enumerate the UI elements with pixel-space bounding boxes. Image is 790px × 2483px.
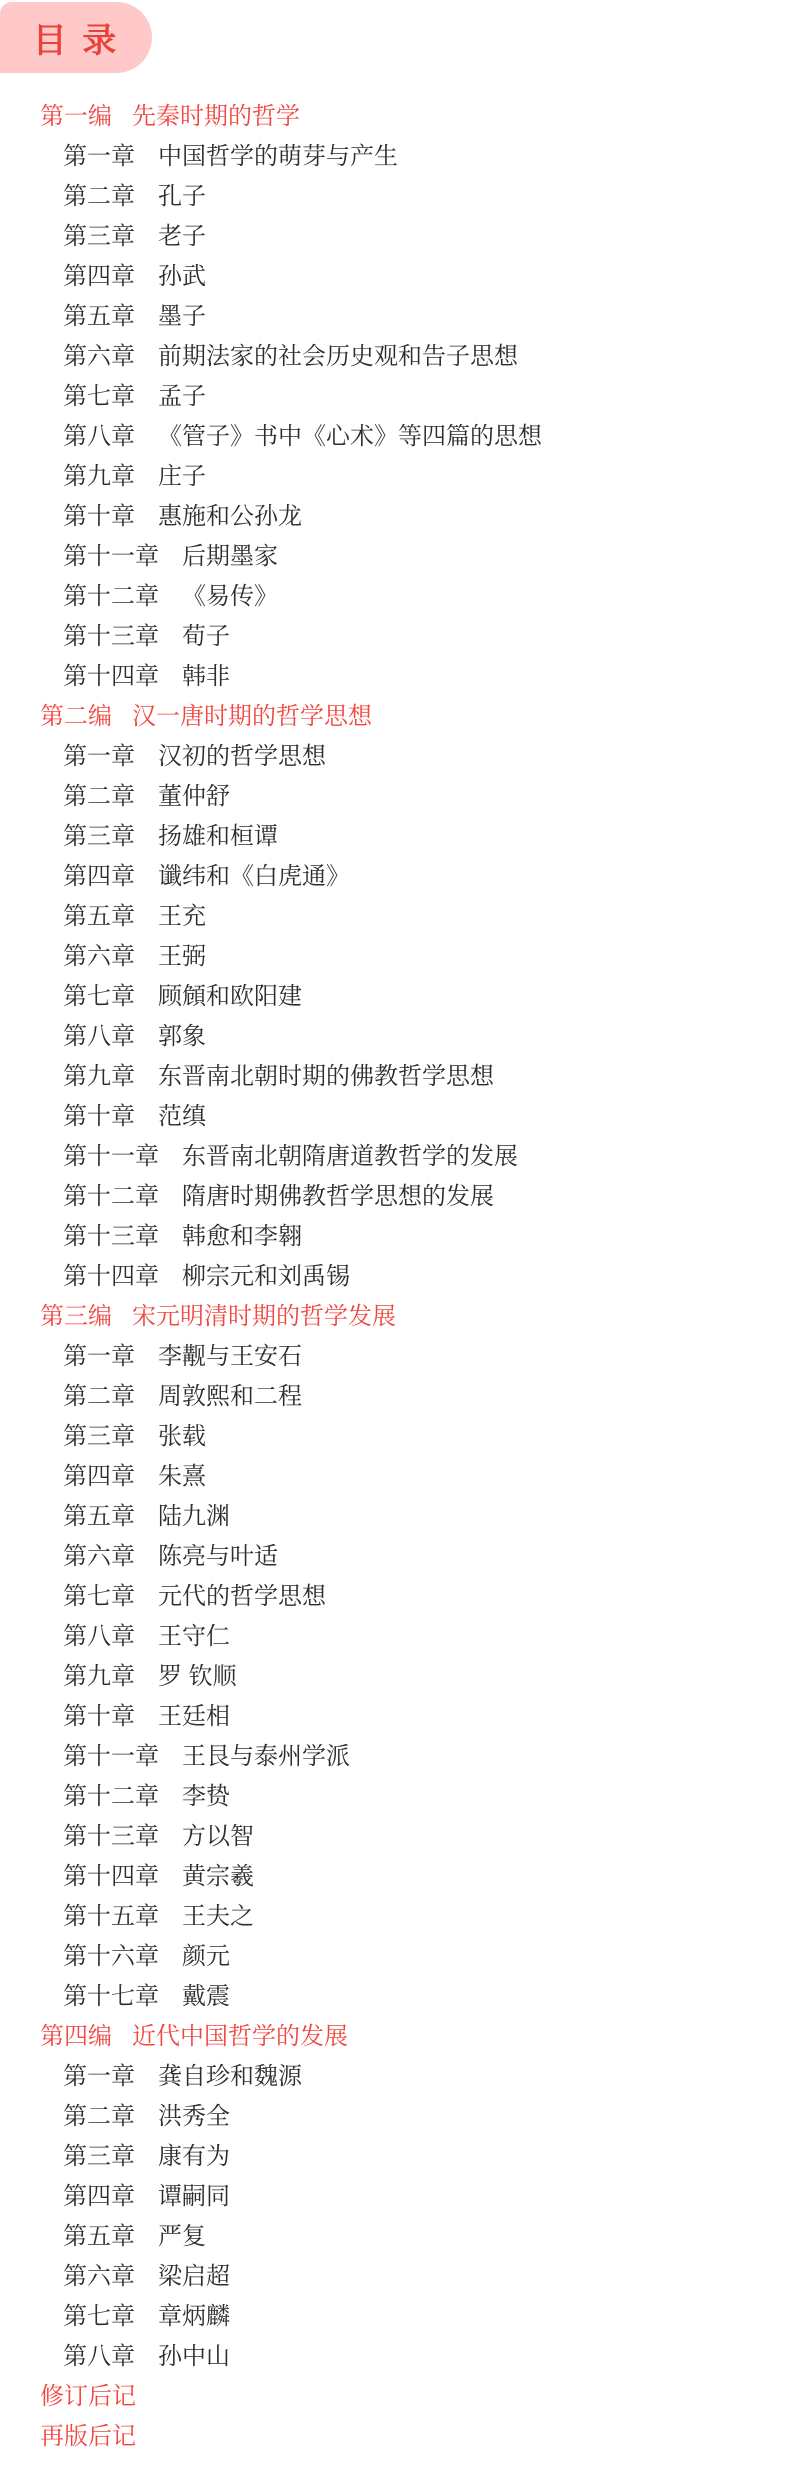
chapter-label: 第一章 [63,737,135,777]
chapter-label: 第三章 [63,817,135,857]
chapter-label: 第六章 [63,1537,135,1577]
chapter-label: 第十三章 [63,617,159,657]
chapter-label: 第六章 [63,337,135,377]
toc-chapter-entry[interactable]: 第十七章戴震 [0,1977,790,2017]
chapter-title: 章炳麟 [158,2297,230,2337]
toc-chapter-entry[interactable]: 第八章郭象 [0,1017,790,1057]
chapter-label: 第三章 [63,2137,135,2177]
toc-chapter-entry[interactable]: 第十三章荀子 [0,617,790,657]
section-title: 近代中国哲学的发展 [132,2017,348,2057]
toc-chapter-entry[interactable]: 第三章老子 [0,217,790,257]
chapter-title: 李觏与王安石 [158,1337,302,1377]
chapter-title: 孙武 [158,257,206,297]
chapter-label: 第十二章 [63,1777,159,1817]
chapter-title: 柳宗元和刘禹锡 [182,1257,350,1297]
chapter-title: 朱熹 [158,1457,206,1497]
chapter-title: 李贽 [182,1777,230,1817]
chapter-label: 第一章 [63,2057,135,2097]
chapter-title: 郭象 [158,1017,206,1057]
chapter-label: 第八章 [63,2337,135,2377]
chapter-title: 墨子 [158,297,206,337]
chapter-label: 第十三章 [63,1217,159,1257]
chapter-label: 第十四章 [63,1857,159,1897]
chapter-label: 第十二章 [63,577,159,617]
toc-chapter-entry[interactable]: 第六章梁启超 [0,2257,790,2297]
chapter-title: 谶纬和《白虎通》 [158,857,350,897]
chapter-title: 《易传》 [182,577,278,617]
chapter-title: 颜元 [182,1937,230,1977]
toc-chapter-entry[interactable]: 第十章范缜 [0,1097,790,1137]
chapter-title: 方以智 [182,1817,254,1857]
chapter-title: 韩愈和李翱 [182,1217,302,1257]
toc-chapter-entry[interactable]: 第五章陆九渊 [0,1497,790,1537]
toc-list: 第一编先秦时期的哲学第一章中国哲学的萌芽与产生第二章孔子第三章老子第四章孙武第五… [0,97,790,2457]
chapter-label: 第十章 [63,1697,135,1737]
toc-chapter-entry[interactable]: 第一章中国哲学的萌芽与产生 [0,137,790,177]
toc-chapter-entry[interactable]: 第二章周敦熙和二程 [0,1377,790,1417]
section-title: 先秦时期的哲学 [132,97,300,137]
chapter-title: 康有为 [158,2137,230,2177]
chapter-label: 第六章 [63,2257,135,2297]
toc-section-heading[interactable]: 第四编近代中国哲学的发展 [0,2017,790,2057]
chapter-title: 隋唐时期佛教哲学思想的发展 [182,1177,494,1217]
chapter-label: 第九章 [63,1057,135,1097]
chapter-title: 张载 [158,1417,206,1457]
chapter-title: 谭嗣同 [158,2177,230,2217]
chapter-label: 第十五章 [63,1897,159,1937]
chapter-label: 第二章 [63,777,135,817]
section-label: 第一编 [40,97,112,137]
chapter-label: 第七章 [63,1577,135,1617]
chapter-label: 第三章 [63,217,135,257]
chapter-label: 第十二章 [63,1177,159,1217]
chapter-title: 元代的哲学思想 [158,1577,326,1617]
toc-chapter-entry[interactable]: 第五章严复 [0,2217,790,2257]
chapter-label: 第二章 [63,2097,135,2137]
toc-chapter-entry[interactable]: 第七章孟子 [0,377,790,417]
chapter-title: 戴震 [182,1977,230,2017]
chapter-label: 第十六章 [63,1937,159,1977]
toc-chapter-entry[interactable]: 第一章龚自珍和魏源 [0,2057,790,2097]
toc-chapter-entry[interactable]: 第七章元代的哲学思想 [0,1577,790,1617]
toc-chapter-entry[interactable]: 第十二章李贽 [0,1777,790,1817]
chapter-title: 惠施和公孙龙 [158,497,302,537]
chapter-title: 孙中山 [158,2337,230,2377]
toc-chapter-entry[interactable]: 第九章庄子 [0,457,790,497]
chapter-title: 洪秀全 [158,2097,230,2137]
chapter-label: 第十一章 [63,1137,159,1177]
chapter-label: 第十一章 [63,1737,159,1777]
chapter-title: 前期法家的社会历史观和告子思想 [158,337,518,377]
toc-chapter-entry[interactable]: 第十四章黄宗羲 [0,1857,790,1897]
toc-chapter-entry[interactable]: 第九章罗 钦顺 [0,1657,790,1697]
chapter-title: 东晋南北朝时期的佛教哲学思想 [158,1057,494,1097]
chapter-title: 王廷相 [158,1697,230,1737]
chapter-label: 第四章 [63,257,135,297]
chapter-title: 陆九渊 [158,1497,230,1537]
chapter-label: 第五章 [63,897,135,937]
chapter-title: 龚自珍和魏源 [158,2057,302,2097]
chapter-label: 第四章 [63,1457,135,1497]
chapter-label: 第二章 [63,177,135,217]
chapter-label: 第二章 [63,1377,135,1417]
toc-chapter-entry[interactable]: 第十章王廷相 [0,1697,790,1737]
chapter-title: 王守仁 [158,1617,230,1657]
section-label: 第三编 [40,1297,112,1337]
toc-chapter-entry[interactable]: 第四章孙武 [0,257,790,297]
chapter-label: 第七章 [63,377,135,417]
toc-chapter-entry[interactable]: 第十三章方以智 [0,1817,790,1857]
toc-header-badge: 目 录 [0,2,152,73]
backmatter-label: 再版后记 [40,2417,136,2457]
toc-chapter-entry[interactable]: 第十一章东晋南北朝隋唐道教哲学的发展 [0,1137,790,1177]
toc-chapter-entry[interactable]: 第十五章王夫之 [0,1897,790,1937]
toc-chapter-entry[interactable]: 第一章李觏与王安石 [0,1337,790,1377]
chapter-label: 第五章 [63,1497,135,1537]
toc-chapter-entry[interactable]: 第十二章隋唐时期佛教哲学思想的发展 [0,1177,790,1217]
toc-chapter-entry[interactable]: 第九章东晋南北朝时期的佛教哲学思想 [0,1057,790,1097]
toc-section-heading[interactable]: 第二编汉一唐时期的哲学思想 [0,697,790,737]
chapter-label: 第四章 [63,2177,135,2217]
toc-chapter-entry[interactable]: 第五章王充 [0,897,790,937]
page-title: 目 录 [33,13,119,62]
toc-section-heading[interactable]: 第一编先秦时期的哲学 [0,97,790,137]
chapter-label: 第三章 [63,1417,135,1457]
chapter-title: 梁启超 [158,2257,230,2297]
toc-chapter-entry[interactable]: 第二章董仲舒 [0,777,790,817]
toc-chapter-entry[interactable]: 第三章扬雄和桓谭 [0,817,790,857]
toc-chapter-entry[interactable]: 第四章谭嗣同 [0,2177,790,2217]
toc-chapter-entry[interactable]: 第十章惠施和公孙龙 [0,497,790,537]
chapter-title: 东晋南北朝隋唐道教哲学的发展 [182,1137,518,1177]
chapter-title: 后期墨家 [182,537,278,577]
toc-chapter-entry[interactable]: 第十二章《易传》 [0,577,790,617]
chapter-label: 第十四章 [63,1257,159,1297]
chapter-title: 王充 [158,897,206,937]
toc-chapter-entry[interactable]: 第七章顾頠和欧阳建 [0,977,790,1017]
chapter-label: 第八章 [63,417,135,457]
toc-chapter-entry[interactable]: 第三章张载 [0,1417,790,1457]
chapter-title: 庄子 [158,457,206,497]
toc-chapter-entry[interactable]: 第十四章柳宗元和刘禹锡 [0,1257,790,1297]
section-title: 宋元明清时期的哲学发展 [132,1297,396,1337]
toc-chapter-entry[interactable]: 第十一章后期墨家 [0,537,790,577]
toc-chapter-entry[interactable]: 第六章前期法家的社会历史观和告子思想 [0,337,790,377]
chapter-title: 孔子 [158,177,206,217]
chapter-title: 王夫之 [182,1897,254,1937]
chapter-title: 严复 [158,2217,206,2257]
toc-section-heading[interactable]: 第三编宋元明清时期的哲学发展 [0,1297,790,1337]
chapter-label: 第一章 [63,1337,135,1377]
toc-chapter-entry[interactable]: 第十六章颜元 [0,1937,790,1977]
chapter-label: 第十七章 [63,1977,159,2017]
toc-chapter-entry[interactable]: 第一章汉初的哲学思想 [0,737,790,777]
chapter-title: 《管子》书中《心术》等四篇的思想 [158,417,542,457]
toc-chapter-entry[interactable]: 第八章孙中山 [0,2337,790,2377]
chapter-title: 荀子 [182,617,230,657]
chapter-label: 第九章 [63,1657,135,1697]
chapter-label: 第一章 [63,137,135,177]
chapter-label: 第五章 [63,297,135,337]
toc-backmatter-entry[interactable]: 修订后记 [0,2377,790,2417]
toc-chapter-entry[interactable]: 第八章王守仁 [0,1617,790,1657]
chapter-label: 第七章 [63,2297,135,2337]
toc-chapter-entry[interactable]: 第四章谶纬和《白虎通》 [0,857,790,897]
section-label: 第四编 [40,2017,112,2057]
toc-chapter-entry[interactable]: 第二章洪秀全 [0,2097,790,2137]
chapter-title: 范缜 [158,1097,206,1137]
chapter-title: 老子 [158,217,206,257]
chapter-title: 王弼 [158,937,206,977]
chapter-title: 扬雄和桓谭 [158,817,278,857]
chapter-label: 第八章 [63,1617,135,1657]
chapter-title: 韩非 [182,657,230,697]
chapter-label: 第七章 [63,977,135,1017]
toc-chapter-entry[interactable]: 第十三章韩愈和李翱 [0,1217,790,1257]
chapter-label: 第十四章 [63,657,159,697]
toc-chapter-entry[interactable]: 第八章《管子》书中《心术》等四篇的思想 [0,417,790,457]
toc-chapter-entry[interactable]: 第六章王弼 [0,937,790,977]
chapter-label: 第六章 [63,937,135,977]
toc-chapter-entry[interactable]: 第四章朱熹 [0,1457,790,1497]
toc-chapter-entry[interactable]: 第五章墨子 [0,297,790,337]
chapter-title: 周敦熙和二程 [158,1377,302,1417]
chapter-label: 第九章 [63,457,135,497]
chapter-title: 王艮与泰州学派 [182,1737,350,1777]
chapter-title: 中国哲学的萌芽与产生 [158,137,398,177]
toc-chapter-entry[interactable]: 第三章康有为 [0,2137,790,2177]
chapter-title: 陈亮与叶适 [158,1537,278,1577]
chapter-label: 第五章 [63,2217,135,2257]
toc-chapter-entry[interactable]: 第六章陈亮与叶适 [0,1537,790,1577]
chapter-title: 黄宗羲 [182,1857,254,1897]
chapter-label: 第十三章 [63,1817,159,1857]
toc-chapter-entry[interactable]: 第十一章王艮与泰州学派 [0,1737,790,1777]
section-label: 第二编 [40,697,112,737]
chapter-title: 汉初的哲学思想 [158,737,326,777]
toc-chapter-entry[interactable]: 第二章孔子 [0,177,790,217]
chapter-title: 孟子 [158,377,206,417]
chapter-label: 第十一章 [63,537,159,577]
toc-chapter-entry[interactable]: 第十四章韩非 [0,657,790,697]
chapter-title: 董仲舒 [158,777,230,817]
chapter-title: 罗 钦顺 [158,1657,237,1697]
toc-backmatter-entry[interactable]: 再版后记 [0,2417,790,2457]
chapter-label: 第十章 [63,1097,135,1137]
chapter-label: 第四章 [63,857,135,897]
toc-chapter-entry[interactable]: 第七章章炳麟 [0,2297,790,2337]
chapter-title: 顾頠和欧阳建 [158,977,302,1017]
chapter-label: 第八章 [63,1017,135,1057]
section-title: 汉一唐时期的哲学思想 [132,697,372,737]
chapter-label: 第十章 [63,497,135,537]
backmatter-label: 修订后记 [40,2377,136,2417]
